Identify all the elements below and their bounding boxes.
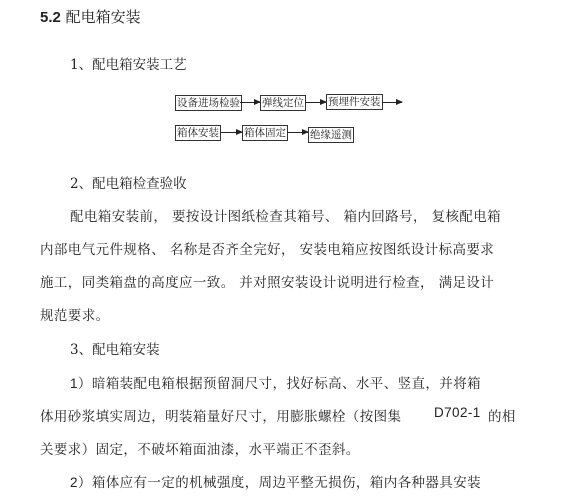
item-number: 1） xyxy=(70,376,92,391)
arrow-icon xyxy=(221,132,242,133)
flow-step-box-install: 箱体安装 xyxy=(175,125,221,141)
paragraph-line: 配电箱安装前， 要按设计图纸检查其箱号、 箱内回路号， 复核配电箱 xyxy=(70,205,501,225)
section-heading: 5.2 配电箱安装 xyxy=(40,6,141,27)
section-title: 配电箱安装 xyxy=(66,8,141,26)
flow-step-embed: 预埋件安装 xyxy=(326,94,383,110)
arrow-icon xyxy=(382,102,402,103)
paragraph-line: 内部电气元件规格、 名称是否齐全完好， 安装电箱应按图纸设计标高要求 xyxy=(40,238,494,258)
paragraph-line: 2）箱体应有一定的机械强度，周边平整无损伤，箱内各种器具安装 xyxy=(70,471,481,491)
arrow-icon xyxy=(240,102,260,103)
subsection-heading-2: 2、配电箱检查验收 xyxy=(70,172,187,192)
section-number: 5.2 xyxy=(40,9,61,26)
paragraph-line: 规范要求。 xyxy=(40,304,110,324)
subsection-heading-3: 3、配电箱安装 xyxy=(70,338,160,358)
flow-step-layout: 弹线定位 xyxy=(260,95,306,111)
flow-step-insulation-test: 绝缘遥测 xyxy=(308,127,354,143)
standard-code: D702-1 xyxy=(434,405,481,420)
item-number: 2） xyxy=(70,475,92,490)
flow-step-box-fix: 箱体固定 xyxy=(242,125,288,141)
flow-step-inspection: 设备进场检验 xyxy=(175,95,242,111)
subsection-heading-1: 1、配电箱安装工艺 xyxy=(70,53,187,73)
paragraph-line: 关要求）固定，不破坏箱面油漆，水平端正不歪斜。 xyxy=(40,438,360,458)
paragraph-line: 体用砂浆填实周边，明装箱量好尺寸，用膨胀螺栓（按图集 D702-1 的相 xyxy=(40,405,540,425)
arrow-icon xyxy=(288,132,308,133)
paragraph-line: 施工，同类箱盘的高度应一致。 并对照安装设计说明进行检查， 满足设计 xyxy=(40,271,494,291)
paragraph-line: 1）暗箱装配电箱根据预留洞尺寸，找好标高、水平、竖直，并将箱 xyxy=(70,372,481,392)
arrow-icon xyxy=(305,102,326,103)
